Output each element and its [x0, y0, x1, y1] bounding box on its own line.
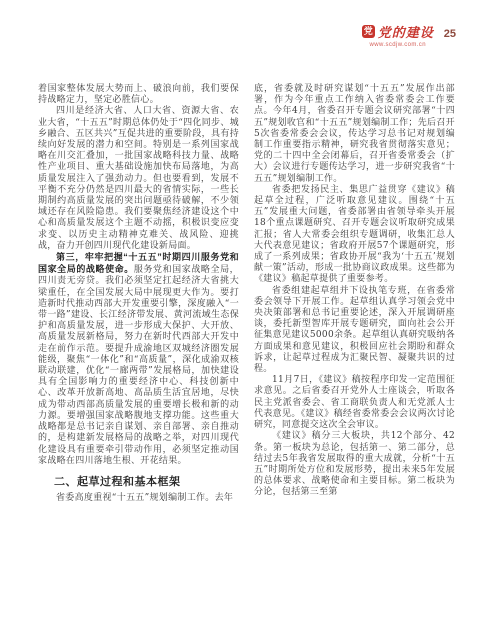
paragraph: 11月7日，《建议》稿按程序印发一定范围征求意见。之后省委召开党外人士座谈会，听…: [254, 375, 455, 431]
paragraph: 省委组建起草组并下设执笔专班，在省委常委会领导下开展工作。起草组认真学习领会党中…: [254, 286, 455, 376]
paragraph: 《建议》稿分三大板块，共12个部分、42条。第一板块为总论，包括第一、第二部分，…: [254, 431, 455, 498]
magazine-page: 党 党的建设 www.scdjw.com.cn 25 着国家整体发展大势而上、破…: [0, 0, 484, 640]
right-column: 底，省委就及时研究谋划“十五五”发展作出部署，作为今年重点工作纳入省委常委会工作…: [254, 84, 455, 504]
page-number: 25: [444, 28, 456, 40]
paragraph-text: 服务党和国家战略全局，四川责无旁贷。我们必须坚定扛起经济大省挑大梁重任，在全国发…: [38, 265, 239, 465]
left-column: 着国家整体发展大势而上、破浪向前，我们要保持战略定力，坚定必胜信心。 四川是经济…: [38, 84, 239, 504]
paragraph: 省委把发扬民主、集思广益贯穿《建议》稿起草全过程，广泛听取意见建议。围绕“十五五…: [254, 185, 455, 286]
paragraph: 省委高度重视“十五五”规划编制工作。去年: [38, 493, 239, 504]
magazine-website: www.scdjw.com.cn: [370, 42, 426, 48]
paragraph: 第三，牢牢把握“十五五”时期四川服务党和国家全局的战略使命。服务党和国家战略全局…: [38, 252, 239, 467]
magazine-logo: 党 党的建设 www.scdjw.com.cn: [362, 22, 434, 48]
paragraph: 四川是经济大省、人口大省、资源大省、农业大省，“十五五”时期总体仍处于“四化同步…: [38, 106, 239, 252]
paragraph-continuation: 着国家整体发展大势而上、破浪向前，我们要保持战略定力，坚定必胜信心。: [38, 84, 239, 106]
red-seal-icon: 党: [362, 25, 375, 38]
section-heading: 二、起草过程和基本框架: [54, 477, 239, 488]
article-body: 着国家整体发展大势而上、破浪向前，我们要保持战略定力，坚定必胜信心。 四川是经济…: [38, 84, 456, 504]
magazine-title: 党的建设: [378, 22, 434, 41]
masthead: 党 党的建设 www.scdjw.com.cn 25: [362, 22, 456, 48]
paragraph-continuation: 底，省委就及时研究谋划“十五五”发展作出部署，作为今年重点工作纳入省委常委会工作…: [254, 84, 455, 185]
